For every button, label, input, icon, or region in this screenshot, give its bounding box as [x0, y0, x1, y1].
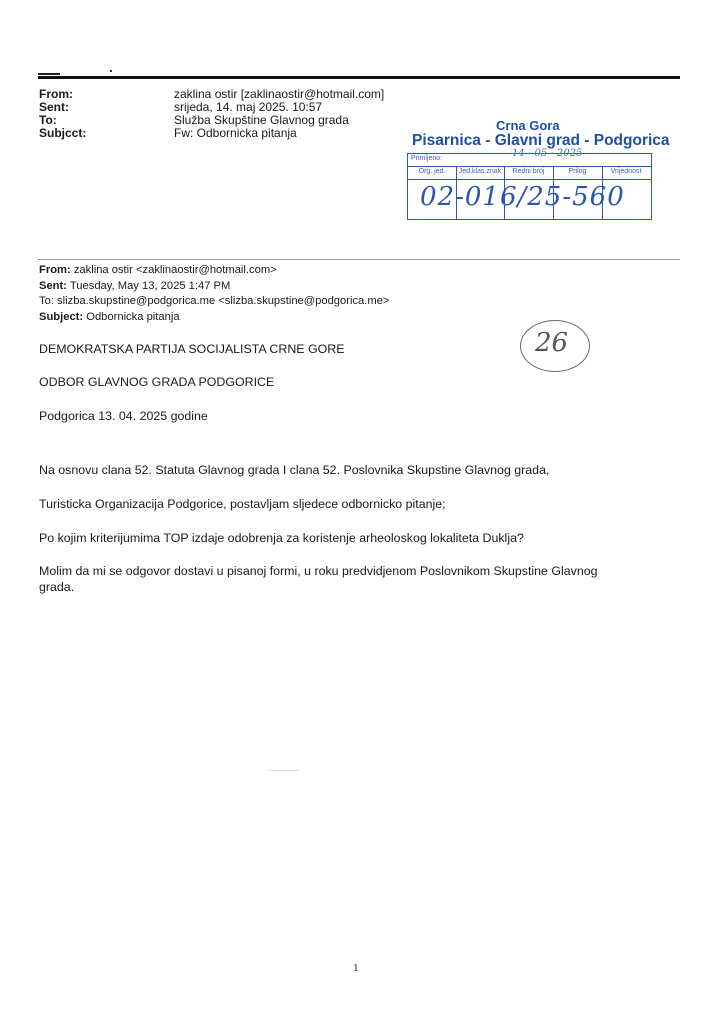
- stamp-col-attachment: Prilog: [553, 166, 603, 179]
- outer-email-header: From: zaklina ostir [zaklinaostir@hotmai…: [39, 88, 86, 140]
- paragraph-4-line-1: Molim da mi se odgovor dostavi u pisanoj…: [39, 564, 598, 578]
- scan-speck: [268, 770, 298, 771]
- stamp-received-label: Primljeno:: [411, 155, 442, 162]
- stamp-col-value: Vrijednost: [602, 166, 650, 179]
- header-rule: [38, 76, 680, 79]
- outer-subject-row: Subjcct: Fw: Odbornicka pitanja: [39, 127, 86, 140]
- stamp-col-number: Redni broj: [504, 166, 554, 179]
- date-line: Podgorica 13. 04. 2025 godine: [39, 409, 208, 423]
- inner-sent-label: Sent:: [39, 280, 67, 292]
- inner-email-header: From: zaklina ostir <zaklinaostir@hotmai…: [39, 263, 389, 325]
- outer-to-label: To:: [39, 113, 57, 127]
- outer-sent-label: Sent:: [39, 100, 69, 114]
- inner-sent-value: Tuesday, May 13, 2025 1:47 PM: [70, 280, 230, 292]
- paragraph-4-line-2: grada.: [39, 580, 74, 594]
- inner-from-value: zaklina ostir <zaklinaostir@hotmail.com>: [74, 264, 277, 276]
- inner-subject-label: Subject:: [39, 311, 83, 323]
- stamp-handwritten-number: 02-016/25-560: [420, 182, 625, 212]
- stamp-columns-row: Org. jed. Jed.klas.znak Redni broj Prilo…: [408, 166, 651, 180]
- paragraph-1: Na osnovu clana 52. Statuta Glavnog grad…: [39, 463, 549, 477]
- org-line-1: DEMOKRATSKA PARTIJA SOCIJALISTA CRNE GOR…: [39, 342, 344, 356]
- stamp-country: Crna Gora: [496, 118, 560, 133]
- org-line-2: ODBOR GLAVNOG GRADA PODGORICE: [39, 375, 274, 389]
- message-separator: [38, 259, 680, 260]
- registry-stamp: Primljeno: 14 - 05 - 2025 Org. jed. Jed.…: [407, 153, 652, 220]
- inner-sent-row: Sent: Tuesday, May 13, 2025 1:47 PM: [39, 279, 389, 295]
- scan-speck: [110, 70, 112, 72]
- page-number: 1: [353, 962, 359, 974]
- paragraph-2: Turisticka Organizacija Podgorice, posta…: [39, 497, 446, 511]
- stamp-col-class: Jed.klas.znak: [456, 166, 505, 179]
- inner-from-row: From: zaklina ostir <zaklinaostir@hotmai…: [39, 263, 389, 279]
- outer-subject-label: Subjcct:: [39, 126, 86, 140]
- inner-to-row: To: slizba.skupstine@podgorica.me <slizb…: [39, 294, 389, 310]
- handwritten-circled-number: 26: [520, 320, 590, 372]
- inner-to-label: To:: [39, 295, 54, 307]
- inner-to-value: slizba.skupstine@podgorica.me <slizba.sk…: [57, 295, 389, 307]
- inner-subject-value: Odbornicka pitanja: [86, 311, 179, 323]
- outer-from-label: From:: [39, 87, 73, 101]
- outer-subject-value: Fw: Odbornicka pitanja: [174, 127, 297, 140]
- stamp-received-date: 14 - 05 - 2025: [512, 148, 582, 159]
- inner-from-label: From:: [39, 264, 71, 276]
- stamp-col-org: Org. jed.: [408, 166, 457, 179]
- scan-mark: [38, 73, 60, 75]
- inner-subject-row: Subject: Odbornicka pitanja: [39, 310, 389, 326]
- paragraph-3: Po kojim kriterijumima TOP izdaje odobre…: [39, 531, 524, 545]
- circled-number-text: 26: [535, 328, 568, 358]
